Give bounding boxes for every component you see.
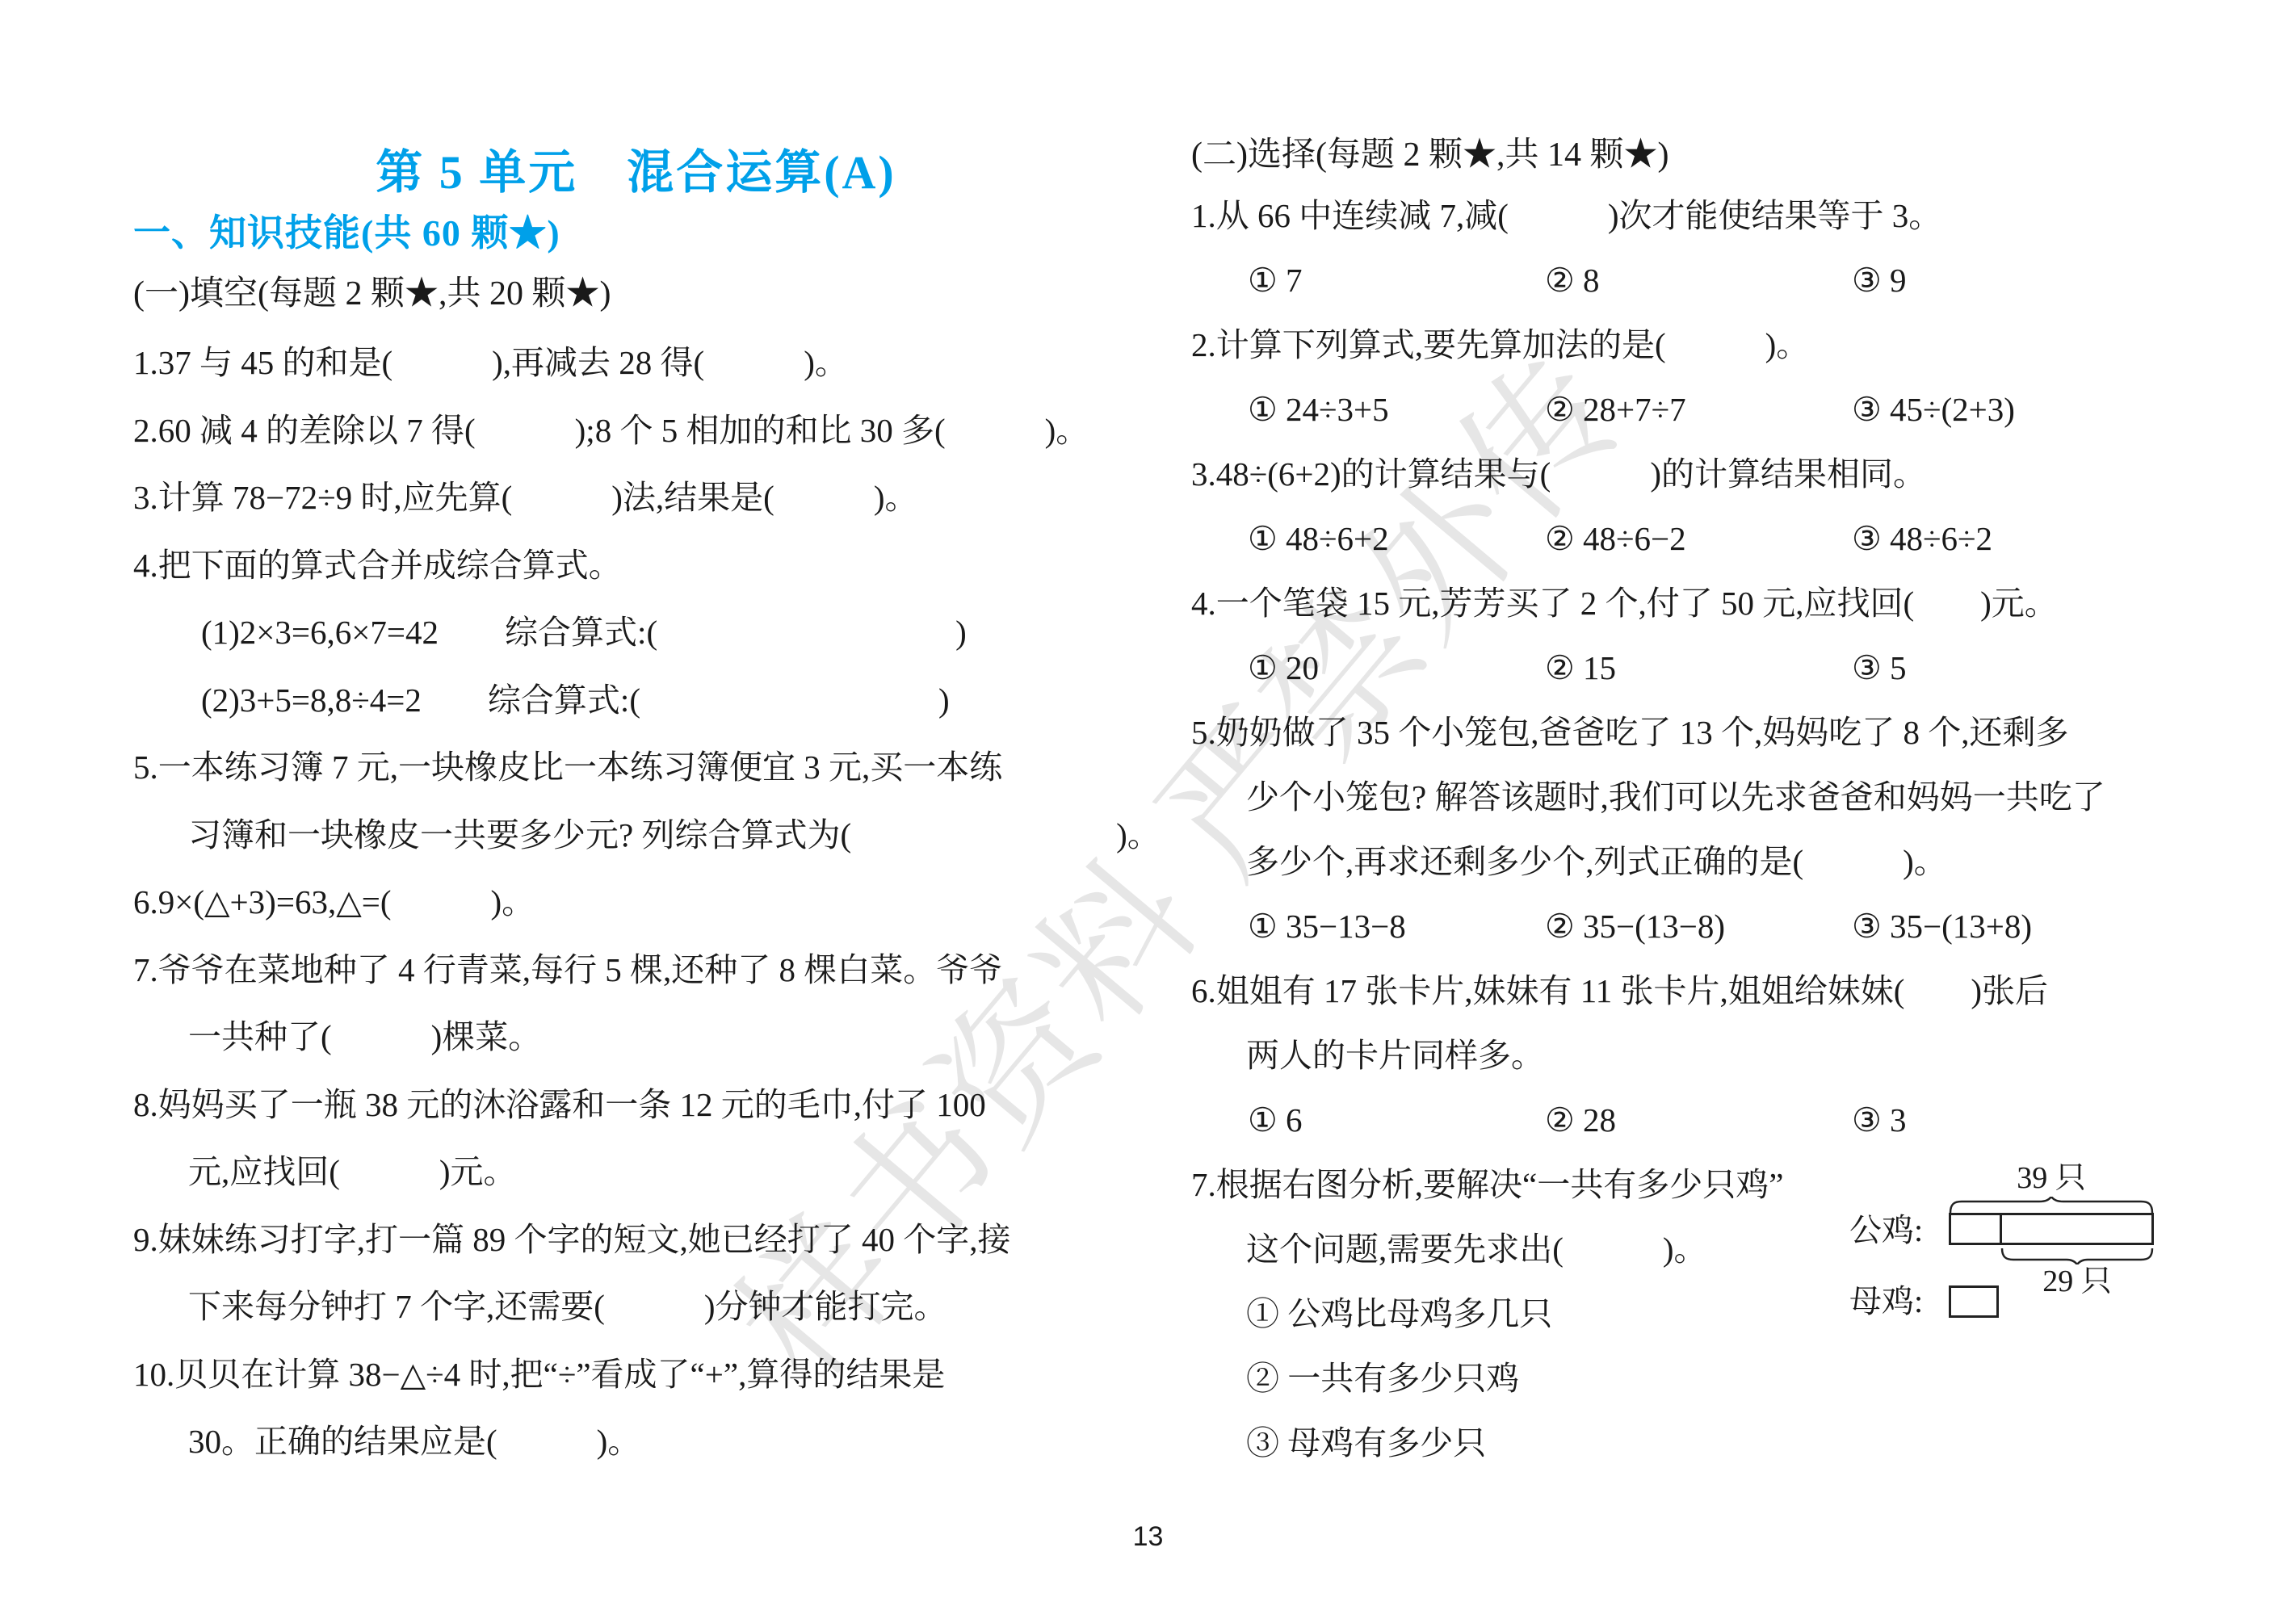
question-line: 6.9×(△+3)=63,△=( )。 [133, 869, 1143, 937]
option-3: ③ 48÷6÷2 [1852, 506, 1992, 571]
brace-top-icon [1949, 1197, 2154, 1213]
question-line: 2.60 减 4 的差除以 7 得( );8 个 5 相加的和比 30 多( )… [133, 397, 1143, 465]
option-1: ① 35−13−8 [1248, 894, 1545, 958]
question-line: (2)3+5=8,8÷4=2 综合算式:( ) [133, 667, 1143, 735]
option-1: ① 24÷3+5 [1248, 377, 1545, 442]
rooster-label: 公鸡: [1849, 1213, 1923, 1248]
question-line: 1.从 66 中连续减 7,减( )次才能使结果等于 3。 [1191, 183, 2253, 248]
option-2: ② 28+7÷7 [1545, 377, 1852, 442]
option-3: ③ 9 [1852, 248, 1907, 312]
option-2: ② 28 [1545, 1088, 1852, 1152]
question-line: 5.奶奶做了 35 个小笼包,爸爸吃了 13 个,妈妈吃了 8 个,还剩多 [1191, 700, 2253, 765]
worksheet-page: 样书资料 严禁外传 第 5 单元 混合运算(A) 一、知识技能(共 60 颗★)… [0, 0, 2296, 1623]
question-line: 10.贝贝在计算 38−△÷4 时,把“÷”看成了“+”,算得的结果是 [133, 1341, 1143, 1409]
option-row: ① 48÷6+2 ② 48÷6−2 ③ 48÷6÷2 [1191, 506, 2253, 571]
question-line: 9.妹妹练习打字,打一篇 89 个字的短文,她已经打了 40 个字,接 [133, 1206, 1143, 1274]
question-line: 8.妈妈买了一瓶 38 元的沐浴露和一条 12 元的毛巾,付了 100 [133, 1072, 1143, 1139]
question-line: 多少个,再求还剩多少个,列式正确的是( )。 [1191, 829, 2253, 894]
question-line: (1)2×3=6,6×7=42 综合算式:( ) [133, 599, 1143, 667]
question-line: 少个小笼包? 解答该题时,我们可以先求爸爸和妈妈一共吃了 [1191, 765, 2253, 829]
option-line: ③ 母鸡有多少只 [1191, 1411, 2253, 1475]
brace-bottom-icon [2000, 1248, 2154, 1264]
subsection-heading-fill-in: (一)填空(每题 2 颗★,共 20 颗★) [133, 266, 611, 315]
section-heading-knowledge-skills: 一、知识技能(共 60 颗★) [133, 203, 560, 257]
hen-box [1949, 1285, 1999, 1318]
question-line: 习簿和一块橡皮一共要多少元? 列综合算式为( )。 [133, 802, 1143, 870]
tape-diagram-chickens: 39 只 公鸡: 29 只 母鸡: [1849, 1161, 2172, 1331]
question-line: 3.48÷(6+2)的计算结果与( )的计算结果相同。 [1191, 442, 2253, 506]
bar-divider [2000, 1215, 2002, 1243]
total-count-label: 39 只 [1949, 1161, 2154, 1195]
option-row: ① 24÷3+5 ② 28+7÷7 ③ 45÷(2+3) [1191, 377, 2253, 442]
question-line: 元,应找回( )元。 [133, 1139, 1143, 1206]
question-line: 1.37 与 45 的和是( ),再减去 28 得( )。 [133, 329, 1143, 397]
option-3: ③ 35−(13+8) [1852, 894, 2032, 958]
rooster-bar [1949, 1213, 2154, 1245]
option-3: ③ 5 [1852, 635, 1907, 700]
option-line: ② 一共有多少只鸡 [1191, 1346, 2253, 1411]
difference-count-label: 29 只 [2000, 1264, 2154, 1298]
option-3: ③ 45÷(2+3) [1852, 377, 2015, 442]
option-2: ② 8 [1545, 248, 1852, 312]
option-1: ① 48÷6+2 [1248, 506, 1545, 571]
option-2: ② 15 [1545, 635, 1852, 700]
question-line: 30。正确的结果应是( )。 [133, 1408, 1143, 1476]
subsection-heading-multiple-choice: (二)选择(每题 2 颗★,共 14 颗★) [1191, 128, 1668, 176]
question-line: 2.计算下列算式,要先算加法的是( )。 [1191, 312, 2253, 377]
page-title: 第 5 单元 混合运算(A) [133, 134, 1139, 202]
option-3: ③ 3 [1852, 1088, 1907, 1152]
question-line: 5.一本练习簿 7 元,一块橡皮比一本练习簿便宜 3 元,买一本练 [133, 734, 1143, 802]
option-2: ② 35−(13−8) [1545, 894, 1852, 958]
option-1: ① 7 [1248, 248, 1545, 312]
question-line: 3.计算 78−72÷9 时,应先算( )法,结果是( )。 [133, 464, 1143, 532]
question-line: 7.爷爷在菜地种了 4 行青菜,每行 5 棵,还种了 8 棵白菜。爷爷 [133, 937, 1143, 1004]
fill-in-column: 1.37 与 45 的和是( ),再减去 28 得( )。 2.60 减 4 的… [133, 329, 1143, 1476]
option-row: ① 35−13−8 ② 35−(13−8) ③ 35−(13+8) [1191, 894, 2253, 958]
page-number: 13 [0, 1521, 2296, 1553]
question-line: 两人的卡片同样多。 [1191, 1023, 2253, 1088]
option-1: ① 6 [1248, 1088, 1545, 1152]
option-row: ① 7 ② 8 ③ 9 [1191, 248, 2253, 312]
question-line: 4.把下面的算式合并成综合算式。 [133, 532, 1143, 600]
question-line: 4.一个笔袋 15 元,芳芳买了 2 个,付了 50 元,应找回( )元。 [1191, 571, 2253, 635]
option-row: ① 6 ② 28 ③ 3 [1191, 1088, 2253, 1152]
question-line: 下来每分钟打 7 个字,还需要( )分钟才能打完。 [133, 1273, 1143, 1341]
option-1: ① 20 [1248, 635, 1545, 700]
option-2: ② 48÷6−2 [1545, 506, 1852, 571]
hen-label: 母鸡: [1849, 1284, 1923, 1319]
question-line: 一共种了( )棵菜。 [133, 1004, 1143, 1072]
option-row: ① 20 ② 15 ③ 5 [1191, 635, 2253, 700]
question-line: 6.姐姐有 17 张卡片,妹妹有 11 张卡片,姐姐给妹妹( )张后 [1191, 958, 2253, 1023]
